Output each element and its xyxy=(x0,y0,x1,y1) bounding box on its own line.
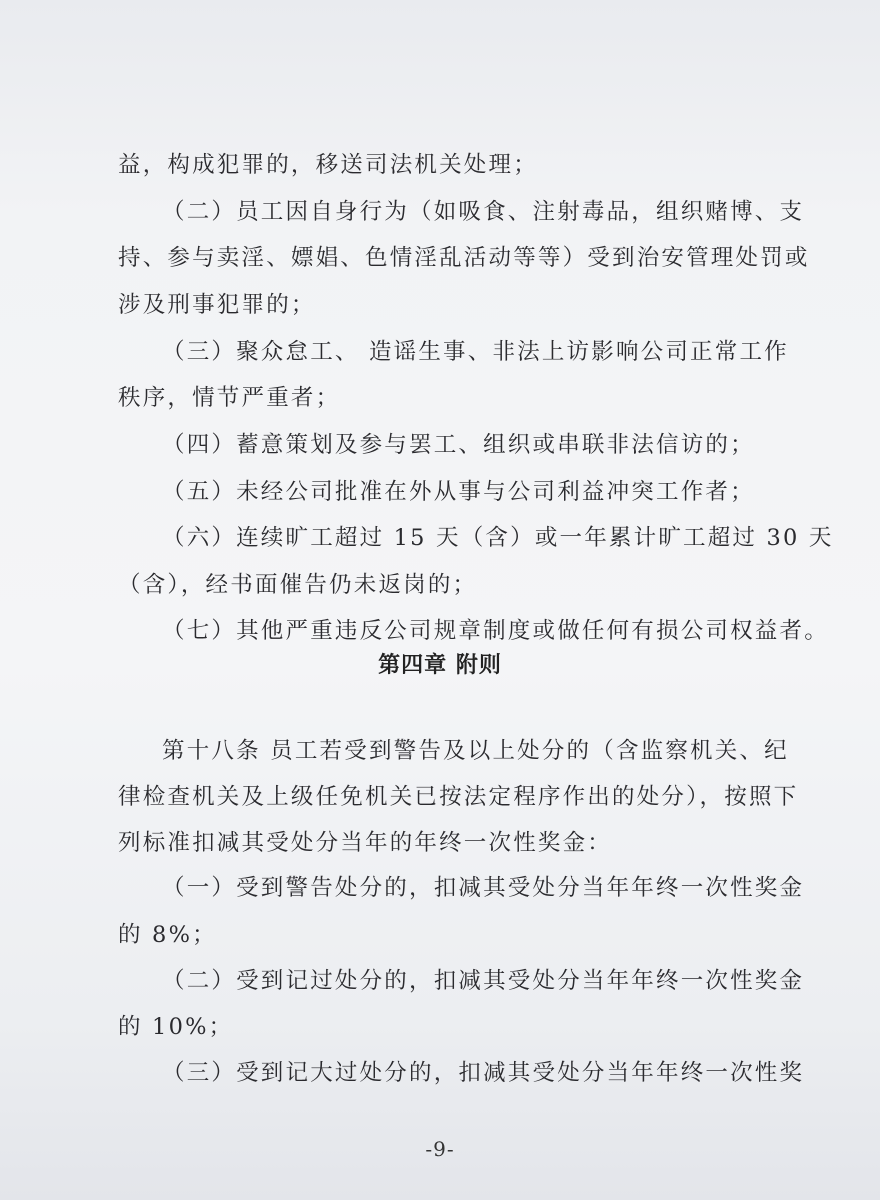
article-line: 列标准扣减其受处分当年的年终一次性奖金： xyxy=(118,828,612,858)
article-line: （一）受到警告处分的，扣减其受处分当年年终一次性奖金 xyxy=(162,873,804,903)
article-line: （二）受到记过处分的，扣减其受处分当年年终一次性奖金 xyxy=(162,966,804,996)
article-line: 的 10%； xyxy=(118,1012,233,1042)
text-line: （三）聚众怠工、 造谣生事、非法上访影响公司正常工作 xyxy=(162,337,789,367)
text-line: （四）蓄意策划及参与罢工、组织或串联非法信访的； xyxy=(162,430,755,460)
text-line: 秩序，情节严重者； xyxy=(118,383,340,413)
text-line: 持、参与卖淫、嫖娼、色情淫乱活动等等）受到治安管理处罚或 xyxy=(118,243,810,273)
article-line: （三）受到记大过处分的，扣减其受处分当年年终一次性奖 xyxy=(162,1058,804,1088)
article-line: 律检查机关及上级任免机关已按法定程序作出的处分），按照下 xyxy=(118,782,798,812)
article-line: 的 8%； xyxy=(118,920,217,950)
text-line: （含），经书面催告仍未返岗的； xyxy=(118,570,477,600)
document-page: 益，构成犯罪的，移送司法机关处理； （二）员工因自身行为（如吸食、注射毒品，组织… xyxy=(0,0,880,1200)
text-line: （六）连续旷工超过 15 天（含）或一年累计旷工超过 30 天 xyxy=(162,523,834,553)
page-number: -9- xyxy=(0,1137,880,1161)
text-line: （二）员工因自身行为（如吸食、注射毒品，组织赌博、支 xyxy=(162,197,804,227)
article-line: 第十八条 员工若受到警告及以上处分的（含监察机关、纪 xyxy=(162,736,789,766)
text-line: （五）未经公司批准在外从事与公司利益冲突工作者； xyxy=(162,477,755,507)
text-line: 涉及刑事犯罪的； xyxy=(118,290,316,320)
chapter-heading: 第四章 附则 xyxy=(0,648,880,679)
text-line: （七）其他严重违反公司规章制度或做任何有损公司权益者。 xyxy=(162,616,829,646)
text-line: 益，构成犯罪的，移送司法机关处理； xyxy=(118,150,538,180)
